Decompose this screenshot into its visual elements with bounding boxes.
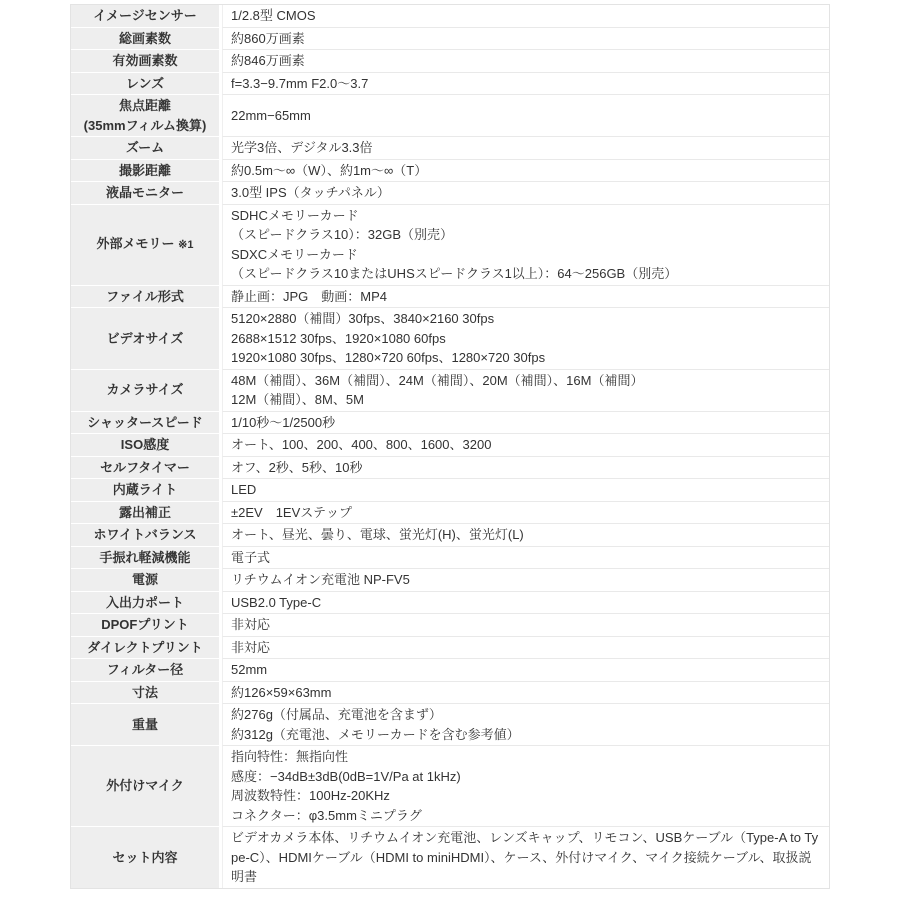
spec-label: ISO感度: [71, 434, 222, 457]
spec-row: DPOFプリント非対応: [71, 614, 829, 637]
spec-label: ファイル形式: [71, 286, 222, 309]
spec-label: レンズ: [71, 73, 222, 96]
spec-value: 光学3倍、デジタル3.3倍: [222, 137, 829, 160]
spec-row: フィルター径52mm: [71, 659, 829, 682]
spec-value: ±2EV 1EVステップ: [222, 502, 829, 525]
spec-row: 外付けマイク指向特性：無指向性 感度：−34dB±3dB(0dB=1V/Pa a…: [71, 746, 829, 827]
spec-value: 静止画：JPG 動画：MP4: [222, 286, 829, 309]
spec-label: 撮影距離: [71, 160, 222, 183]
spec-value: 3.0型 IPS（タッチパネル）: [222, 182, 829, 205]
spec-value: USB2.0 Type-C: [222, 592, 829, 615]
spec-value: 電子式: [222, 547, 829, 570]
spec-value: SDHCメモリーカード （スピードクラス10）：32GB（別売） SDXCメモリ…: [222, 205, 829, 286]
spec-label: 重量: [71, 704, 222, 746]
spec-row: ホワイトバランスオート、昼光、曇り、電球、蛍光灯(H)、蛍光灯(L): [71, 524, 829, 547]
spec-row: セット内容ビデオカメラ本体、リチウムイオン充電池、レンズキャップ、リモコン、US…: [71, 827, 829, 888]
spec-row: 電源リチウムイオン充電池 NP-FV5: [71, 569, 829, 592]
spec-table-body: イメージセンサー1/2.8型 CMOS総画素数約860万画素有効画素数約846万…: [71, 5, 829, 888]
spec-row: 重量約276g（付属品、充電池を含まず） 約312g（充電池、メモリーカードを含…: [71, 704, 829, 746]
spec-label: DPOFプリント: [71, 614, 222, 637]
spec-row: 総画素数約860万画素: [71, 28, 829, 51]
spec-value: オート、昼光、曇り、電球、蛍光灯(H)、蛍光灯(L): [222, 524, 829, 547]
spec-value: 非対応: [222, 637, 829, 660]
spec-label: 液晶モニター: [71, 182, 222, 205]
spec-value: 48M（補間）、36M（補間）、24M（補間）、20M（補間）、16M（補間） …: [222, 370, 829, 412]
spec-label: セルフタイマー: [71, 457, 222, 480]
spec-value: 約846万画素: [222, 50, 829, 73]
spec-row: 液晶モニター3.0型 IPS（タッチパネル）: [71, 182, 829, 205]
spec-label: 総画素数: [71, 28, 222, 51]
spec-label: フィルター径: [71, 659, 222, 682]
spec-row: 露出補正±2EV 1EVステップ: [71, 502, 829, 525]
spec-value: f=3.3−9.7mm F2.0〜3.7: [222, 73, 829, 96]
spec-value: オフ、2秒、5秒、10秒: [222, 457, 829, 480]
spec-row: シャッタースピード1/10秒〜1/2500秒: [71, 412, 829, 435]
spec-value: 非対応: [222, 614, 829, 637]
spec-value: 約276g（付属品、充電池を含まず） 約312g（充電池、メモリーカードを含む参…: [222, 704, 829, 746]
spec-value: 1/10秒〜1/2500秒: [222, 412, 829, 435]
spec-value: 約126×59×63mm: [222, 682, 829, 705]
spec-value: 約0.5m〜∞（W）、約1m〜∞（T）: [222, 160, 829, 183]
spec-table: イメージセンサー1/2.8型 CMOS総画素数約860万画素有効画素数約846万…: [70, 4, 830, 889]
spec-row: 焦点距離 (35mmフィルム換算)22mm−65mm: [71, 95, 829, 137]
spec-label: 入出力ポート: [71, 592, 222, 615]
spec-row: ファイル形式静止画：JPG 動画：MP4: [71, 286, 829, 309]
spec-value: ビデオカメラ本体、リチウムイオン充電池、レンズキャップ、リモコン、USBケーブル…: [222, 827, 829, 888]
spec-value: 22mm−65mm: [222, 95, 829, 137]
spec-label: シャッタースピード: [71, 412, 222, 435]
spec-label: セット内容: [71, 827, 222, 888]
spec-value: オート、100、200、400、800、1600、3200: [222, 434, 829, 457]
spec-label: 外部メモリー ※1: [71, 205, 222, 286]
spec-row: ビデオサイズ5120×2880（補間）30fps、3840×2160 30fps…: [71, 308, 829, 370]
spec-label: ホワイトバランス: [71, 524, 222, 547]
spec-label-note: ※1: [178, 239, 193, 251]
spec-row: 撮影距離約0.5m〜∞（W）、約1m〜∞（T）: [71, 160, 829, 183]
spec-row: イメージセンサー1/2.8型 CMOS: [71, 5, 829, 28]
spec-label: 寸法: [71, 682, 222, 705]
spec-label: カメラサイズ: [71, 370, 222, 412]
spec-value: リチウムイオン充電池 NP-FV5: [222, 569, 829, 592]
spec-label: ビデオサイズ: [71, 308, 222, 370]
spec-label: ダイレクトプリント: [71, 637, 222, 660]
spec-row: レンズf=3.3−9.7mm F2.0〜3.7: [71, 73, 829, 96]
spec-value: 1/2.8型 CMOS: [222, 5, 829, 28]
spec-label: 電源: [71, 569, 222, 592]
spec-row: ダイレクトプリント非対応: [71, 637, 829, 660]
spec-value: 約860万画素: [222, 28, 829, 51]
spec-label: ズーム: [71, 137, 222, 160]
spec-value: 52mm: [222, 659, 829, 682]
spec-value: 5120×2880（補間）30fps、3840×2160 30fps 2688×…: [222, 308, 829, 370]
spec-row: ズーム光学3倍、デジタル3.3倍: [71, 137, 829, 160]
spec-label: 外付けマイク: [71, 746, 222, 827]
spec-label: 手振れ軽減機能: [71, 547, 222, 570]
spec-row: 内蔵ライトLED: [71, 479, 829, 502]
spec-value: 指向特性：無指向性 感度：−34dB±3dB(0dB=1V/Pa at 1kHz…: [222, 746, 829, 827]
spec-row: カメラサイズ48M（補間）、36M（補間）、24M（補間）、20M（補間）、16…: [71, 370, 829, 412]
spec-row: 外部メモリー ※1SDHCメモリーカード （スピードクラス10）：32GB（別売…: [71, 205, 829, 286]
spec-label: 焦点距離 (35mmフィルム換算): [71, 95, 222, 137]
spec-row: セルフタイマーオフ、2秒、5秒、10秒: [71, 457, 829, 480]
spec-value: LED: [222, 479, 829, 502]
spec-row: 有効画素数約846万画素: [71, 50, 829, 73]
spec-row: ISO感度オート、100、200、400、800、1600、3200: [71, 434, 829, 457]
spec-label: イメージセンサー: [71, 5, 222, 28]
spec-row: 寸法約126×59×63mm: [71, 682, 829, 705]
spec-row: 手振れ軽減機能電子式: [71, 547, 829, 570]
spec-row: 入出力ポートUSB2.0 Type-C: [71, 592, 829, 615]
spec-label: 内蔵ライト: [71, 479, 222, 502]
spec-label: 有効画素数: [71, 50, 222, 73]
spec-label: 露出補正: [71, 502, 222, 525]
